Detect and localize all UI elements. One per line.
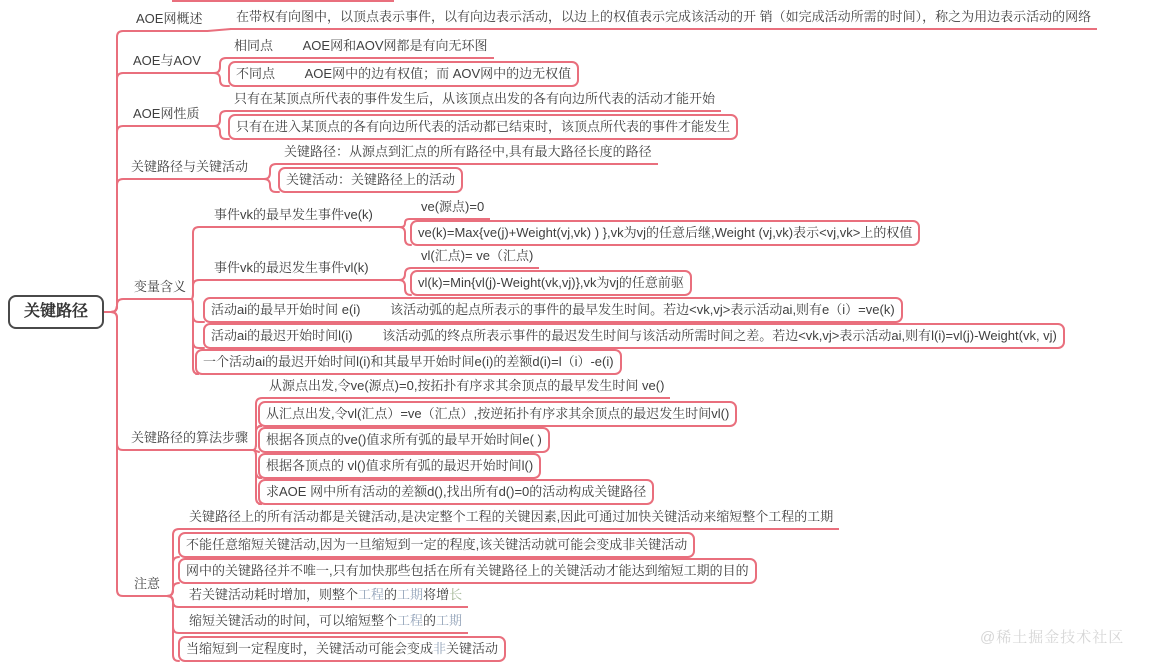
- connector-line: [165, 596, 184, 607]
- branch-notes[interactable]: 注意: [128, 573, 166, 597]
- watermark: @稀土掘金技术社区: [980, 626, 1124, 647]
- connector-line: [207, 29, 231, 31]
- ei-content: 该活动弧的起点所表示的事件的最早发生时间。若边<vk,vj>表示活动ai,则有e…: [390, 301, 895, 318]
- text-segment: 工程: [358, 587, 384, 602]
- connector-line: [204, 111, 229, 126]
- text-segment: 缩短关键活动的时间，可以缩短整个: [189, 613, 397, 628]
- text-segment: 非: [433, 641, 446, 656]
- node-slack-di[interactable]: 一个活动ai的最迟开始时间l(i)和其最早开始时间e(i)的差额d(i)=l（i…: [195, 349, 622, 375]
- connector-line: [378, 227, 411, 245]
- branch-variable-meanings[interactable]: 变量含义: [128, 276, 192, 300]
- connector-line: [103, 312, 129, 596]
- text-segment: 长: [449, 587, 462, 602]
- node-latest-start-li[interactable]: 活动ai的最迟开始时间l(i) 该活动弧的终点所表示事件的最迟发生时间与该活动所…: [203, 323, 1065, 349]
- node-critical-path-definition[interactable]: 关键路径：从源点到汇点的所有路径中,具有最大路径长度的路径: [278, 141, 658, 165]
- connector-line: [253, 179, 279, 192]
- text-segment: 若关键活动耗时增加，则整个: [189, 587, 358, 602]
- connector-line: [206, 73, 229, 86]
- text-segment: 当缩短到一定程度时，关键活动可能会变成: [186, 641, 433, 656]
- node-step-2[interactable]: 从汇点出发,令vl(汇点）=ve（汇点）,按逆拓扑有序求其余顶点的最迟发生时间v…: [258, 401, 737, 427]
- node-property-2[interactable]: 只有在进入某顶点的各有向边所代表的活动都已结束时，该顶点所代表的事件才能发生: [228, 114, 738, 140]
- text-segment: 关键活动: [446, 641, 498, 656]
- node-note-5[interactable]: 缩短关键活动的时间，可以缩短整个工程的工期: [183, 610, 468, 634]
- node-earliest-start-ei[interactable]: 活动ai的最早开始时间 e(i) 该活动弧的起点所表示的事件的最早发生时间。若边…: [203, 297, 903, 323]
- text-segment: 的: [423, 613, 436, 628]
- connector-line: [103, 126, 128, 312]
- node-step-3[interactable]: 根据各顶点的ve()值求所有弧的最早开始时间e( ): [258, 427, 550, 453]
- connector-line: [253, 164, 279, 179]
- connector-line: [191, 280, 209, 299]
- node-diff-point[interactable]: 不同点 AOE网中的边有权值；而 AOV网中的边无权值: [228, 61, 579, 87]
- same-point-content: AOE网和AOV网都是有向无环图: [303, 37, 488, 54]
- text-segment: 工期: [436, 613, 462, 628]
- text-segment: 工程: [397, 613, 423, 628]
- node-vl-label[interactable]: 事件vk的最迟发生事件vl(k): [208, 257, 375, 281]
- node-note-6[interactable]: 当缩短到一定程度时，关键活动可能会变成非关键活动: [178, 636, 506, 662]
- cropped-node-edge: [172, 0, 394, 2]
- connector-line: [165, 596, 179, 661]
- node-aoe-overview-content[interactable]: 在带权有向图中，以顶点表示事件，以有向边表示活动，以边上的权值表示完成该活动的开…: [230, 6, 1097, 30]
- li-label: 活动ai的最迟开始时间l(i): [211, 327, 353, 344]
- branch-algorithm-steps[interactable]: 关键路径的算法步骤: [125, 427, 254, 451]
- node-property-1[interactable]: 只有在某顶点所代表的事件发生后，从该顶点出发的各有向边所代表的活动才能开始: [228, 88, 721, 112]
- text-segment: 工期: [397, 587, 423, 602]
- connector-line: [103, 73, 128, 312]
- node-critical-activity-definition[interactable]: 关键活动：关键路径上的活动: [278, 167, 463, 193]
- branch-aoe-vs-aov[interactable]: AOE与AOV: [127, 50, 207, 74]
- same-point-label: 相同点: [234, 37, 273, 54]
- connector-line: [103, 312, 126, 450]
- root-node-critical-path[interactable]: 关键路径: [8, 295, 104, 329]
- node-vl-formula[interactable]: vl(k)=Min{vl(j)-Weight(vk,vj)},vk为vj的任意前…: [410, 270, 692, 296]
- connector-line: [204, 126, 229, 139]
- node-same-point[interactable]: 相同点 AOE网和AOV网都是有向无环图: [228, 35, 494, 59]
- diff-point-label: 不同点: [236, 65, 275, 82]
- node-ve-label[interactable]: 事件vk的最早发生事件ve(k): [208, 204, 379, 228]
- node-step-5[interactable]: 求AOE 网中所有活动的差额d(),找出所有d()=0的活动构成关键路径: [258, 479, 654, 505]
- connector-line: [374, 280, 411, 295]
- node-step-4[interactable]: 根据各顶点的 vl()值求所有弧的最迟开始时间l(): [258, 453, 541, 479]
- connector-line: [103, 179, 126, 312]
- node-note-1[interactable]: 关键路径上的所有活动都是关键活动,是决定整个工程的关键因素,因此可通过加快关键活…: [183, 506, 839, 530]
- node-note-2[interactable]: 不能任意缩短关键活动,因为一旦缩短到一定的程度,该关键活动就可能会变成非关键活动: [178, 532, 695, 558]
- connector-line: [165, 596, 184, 633]
- li-content: 该活动弧的终点所表示事件的最迟发生时间与该活动所需时间之差。若边<vk,vj>表…: [382, 327, 1057, 344]
- branch-aoe-properties[interactable]: AOE网性质: [127, 103, 205, 127]
- branch-aoe-overview[interactable]: AOE网概述: [130, 8, 208, 32]
- branch-critical-definitions[interactable]: 关键路径与关键活动: [125, 156, 254, 180]
- node-step-1[interactable]: 从源点出发,令ve(源点)=0,按拓扑有序求其余顶点的最早发生时间 ve(): [263, 375, 670, 399]
- ei-label: 活动ai的最早开始时间 e(i): [211, 301, 361, 318]
- diff-point-content: AOE网中的边有权值；而 AOV网中的边无权值: [305, 65, 572, 82]
- text-segment: 将增: [423, 587, 449, 602]
- node-ve-source[interactable]: ve(源点)=0: [415, 196, 490, 220]
- node-vl-sink[interactable]: vl(汇点)= ve（汇点): [415, 245, 539, 269]
- connector-line: [206, 58, 229, 73]
- node-note-4[interactable]: 若关键活动耗时增加，则整个工程的工期将增长: [183, 584, 468, 608]
- node-ve-formula[interactable]: ve(k)=Max{ve(j)+Weight(vj,vk) ) },vk为vj的…: [410, 220, 920, 246]
- node-note-3[interactable]: 网中的关键路径并不唯一,只有加快那些包括在所有关键路径上的关键活动才能达到缩短工…: [178, 558, 757, 584]
- text-segment: 的: [384, 587, 397, 602]
- mindmap-canvas: 关键路径 AOE网概述 在带权有向图中，以顶点表示事件，以有向边表示活动，以边上…: [0, 0, 1165, 668]
